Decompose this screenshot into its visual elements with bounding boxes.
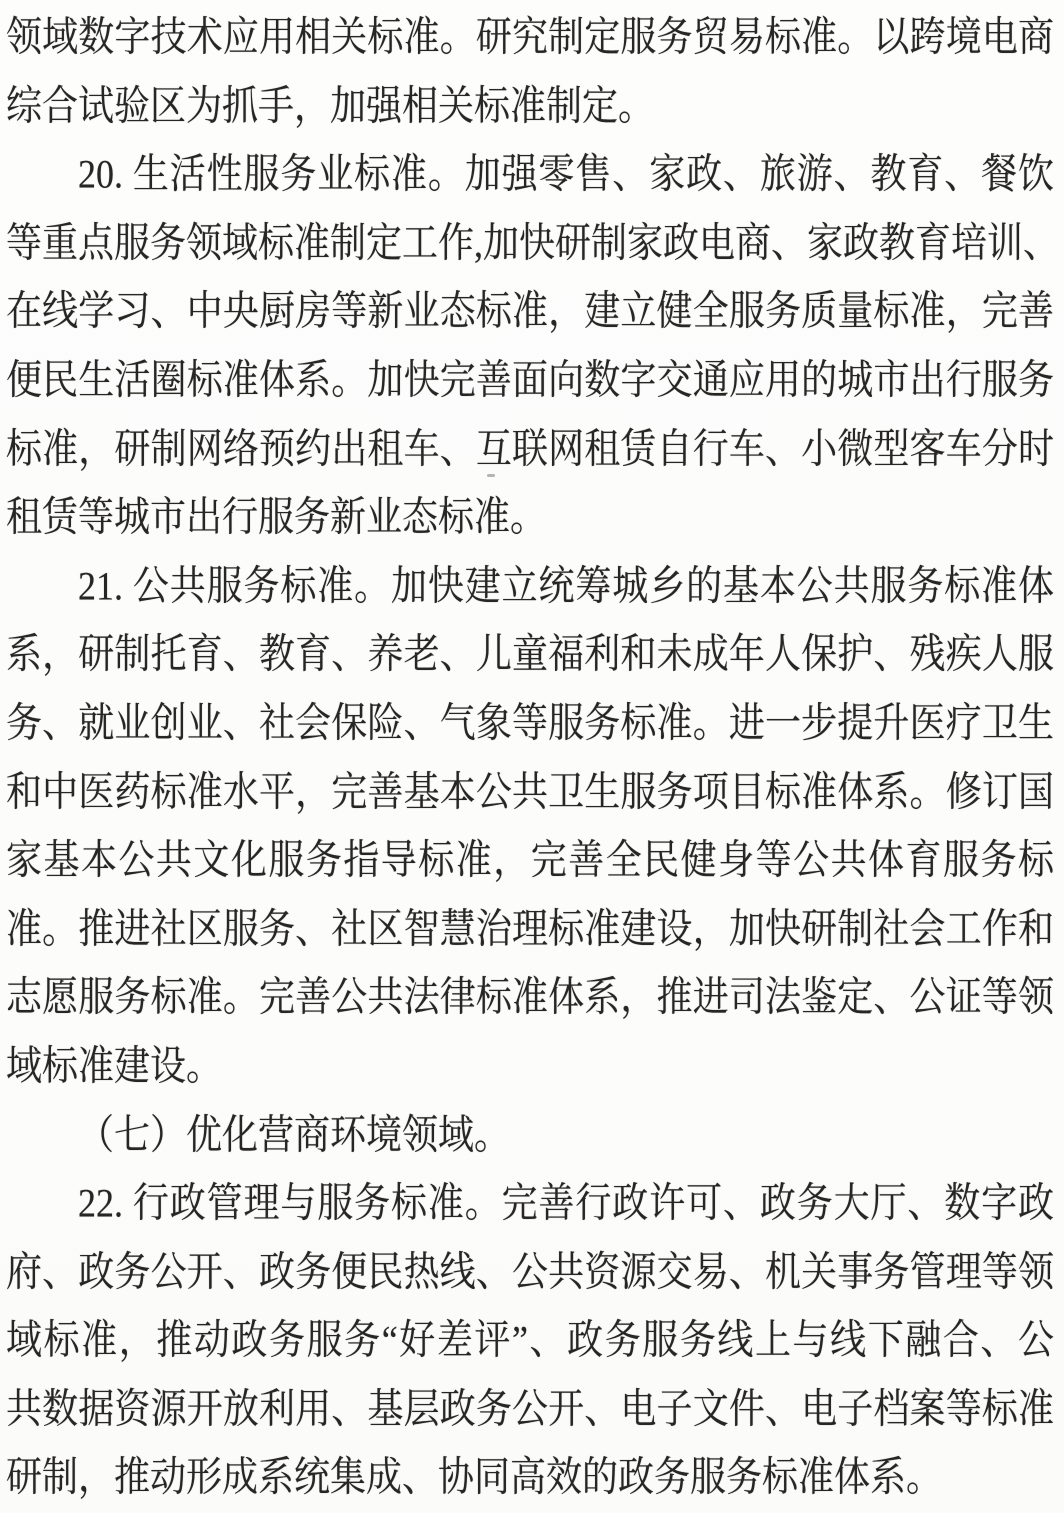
text-line: 综合试验区为抓手，加强相关标准制定。: [6, 67, 1054, 145]
text-line: 租赁等城市出行服务新业态标准。: [6, 479, 1054, 557]
document-text: 领域数字技术应用相关标准。研究制定服务贸易标准。以跨境电商综合试验区为抓手，加强…: [6, 3, 1054, 1512]
text-line: 准。推进社区服务、社区智慧治理标准建设，加快研制社会工作和: [6, 890, 1054, 968]
text-line: 在线学习、中央厨房等新业态标准，建立健全服务质量标准，完善: [6, 273, 1054, 351]
text-line: 系，研制托育、教育、养老、儿童福利和未成年人保护、残疾人服: [6, 616, 1054, 694]
text-line: 共数据资源开放利用、基层政务公开、电子文件、电子档案等标准: [6, 1370, 1054, 1448]
text-line: 标准，研制网络预约出租车、互联网租赁自行车、小微型客车分时: [6, 410, 1054, 488]
text-line: 便民生活圈标准体系。加快完善面向数字交通应用的城市出行服务: [6, 342, 1054, 420]
document-page: 领域数字技术应用相关标准。研究制定服务贸易标准。以跨境电商综合试验区为抓手，加强…: [0, 0, 1064, 1513]
text-line: 家基本公共文化服务指导标准，完善全民健身等公共体育服务标: [6, 822, 1054, 900]
text-line: 志愿服务标准。完善公共法律标准体系，推进司法鉴定、公证等领: [6, 959, 1054, 1037]
text-line: 21. 公共服务标准。加快建立统筹城乡的基本公共服务标准体: [6, 547, 1054, 625]
text-line: 领域数字技术应用相关标准。研究制定服务贸易标准。以跨境电商: [6, 0, 1054, 76]
text-line: 研制，推动形成系统集成、协同高效的政务服务标准体系。: [6, 1439, 1054, 1513]
text-line: 等重点服务领域标准制定工作,加快研制家政电商、家政教育培训、: [6, 204, 1054, 282]
text-line: （七）优化营商环境领域。: [6, 1096, 1054, 1174]
text-line: 府、政务公开、政务便民热线、公共资源交易、机关事务管理等领: [6, 1233, 1054, 1311]
text-line: 22. 行政管理与服务标准。完善行政许可、政务大厅、数字政: [6, 1165, 1054, 1243]
text-line: 20. 生活性服务业标准。加强零售、家政、旅游、教育、餐饮: [6, 136, 1054, 214]
text-line: 域标准，推动政务服务“好差评”、政务服务线上与线下融合、公: [6, 1302, 1054, 1380]
text-line: 和中医药标准水平，完善基本公共卫生服务项目标准体系。修订国: [6, 753, 1054, 831]
scan-speck: [487, 474, 495, 477]
text-line: 域标准建设。: [6, 1027, 1054, 1105]
text-line: 务、就业创业、社会保险、气象等服务标准。进一步提升医疗卫生: [6, 684, 1054, 762]
